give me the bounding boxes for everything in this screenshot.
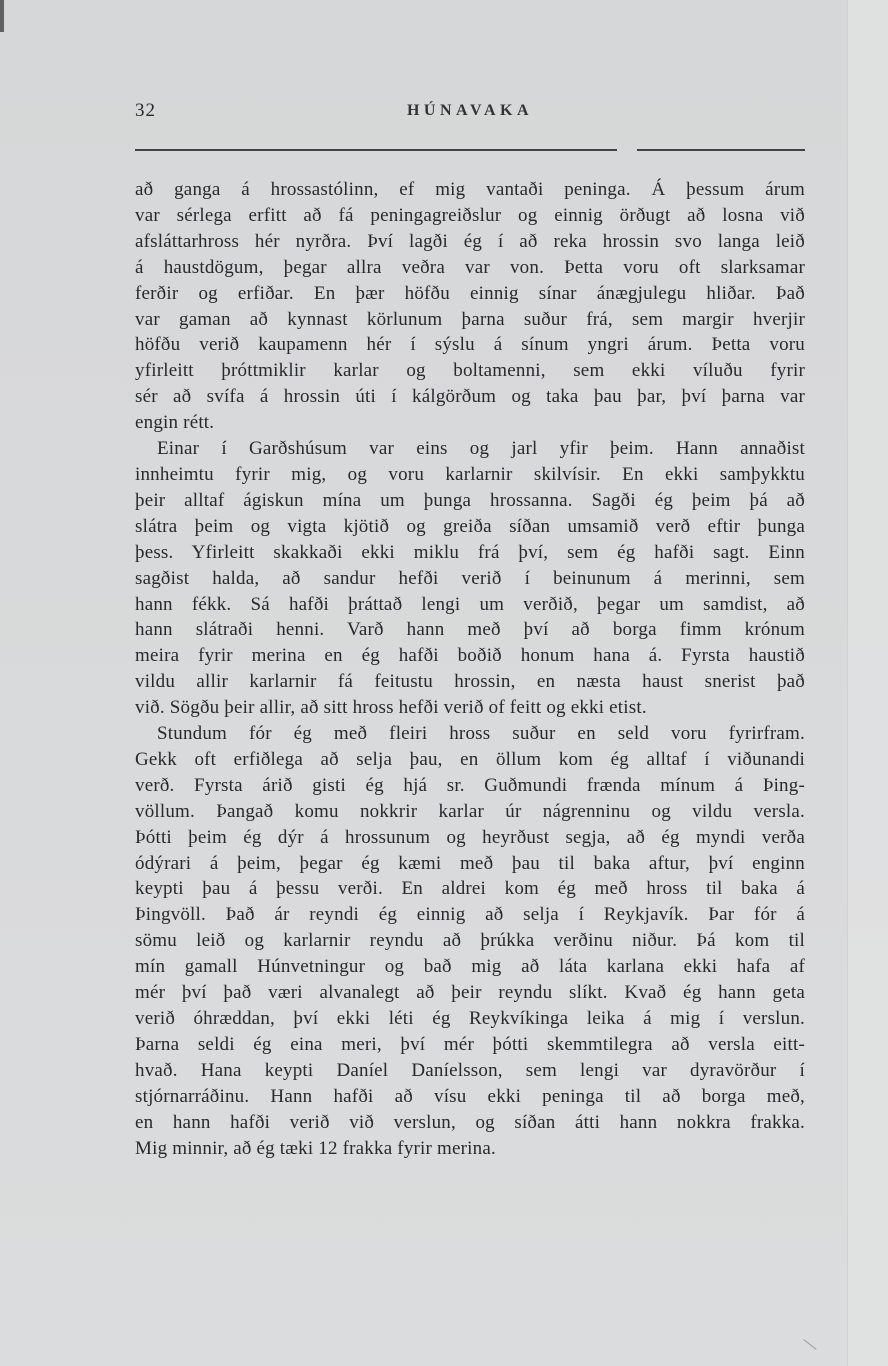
text-line: en hann hafði verið við verslun, og síða… — [135, 1110, 805, 1136]
text-line: sömu leið og karlarnir reyndu að þrúkka … — [135, 928, 805, 954]
text-line: við. Sögðu þeir allir, að sitt hross hef… — [135, 695, 805, 721]
book-page: 32 HÚNAVAKA að ganga á hrossastólinn, ef… — [0, 0, 888, 1366]
text-line: afsláttarhross hér nyrðra. Því lagði ég … — [135, 229, 805, 255]
header-rule-right-segment — [637, 149, 805, 151]
text-line: ferðir og erfiðar. En þær höfðu einnig s… — [135, 281, 805, 307]
text-line: keypti þau á þessu verði. En aldrei kom … — [135, 876, 805, 902]
paper-edge — [847, 0, 888, 1366]
text-line: höfðu verið kaupamenn hér í sýslu á sínu… — [135, 332, 805, 358]
text-line: að ganga á hrossastólinn, ef mig vantaði… — [135, 177, 805, 203]
scan-artifact-topleft — [0, 0, 4, 32]
body-text: að ganga á hrossastólinn, ef mig vantaði… — [135, 177, 805, 1161]
text-line: var sérlega erfitt að fá peningagreiðslu… — [135, 203, 805, 229]
text-line: Einar í Garðshúsum var eins og jarl yfir… — [135, 436, 805, 462]
text-line: verið óhræddan, því ekki léti ég Reykvík… — [135, 1006, 805, 1032]
text-line: mér því það væri alvanalegt að þeir reyn… — [135, 980, 805, 1006]
text-line: meira fyrir merina en ég hafði boðið hon… — [135, 643, 805, 669]
text-line: hann slátraði henni. Varð hann með því a… — [135, 617, 805, 643]
text-line: ódýrari á þeim, þegar ég kæmi með þau ti… — [135, 851, 805, 877]
paragraph: Einar í Garðshúsum var eins og jarl yfir… — [135, 436, 805, 721]
text-line: þess. Yfirleitt skakkaði ekki miklu frá … — [135, 540, 805, 566]
text-line: Þingvöll. Það ár reyndi ég einnig að sel… — [135, 902, 805, 928]
text-line: hvað. Hana keypti Daníel Daníelsson, sem… — [135, 1058, 805, 1084]
text-line: sér að svífa á hrossin úti í kálgörðum o… — [135, 384, 805, 410]
text-line: yfirleitt þróttmiklir karlar og boltamen… — [135, 358, 805, 384]
text-line: hann fékk. Sá hafði þráttað lengi um ver… — [135, 592, 805, 618]
text-line: á haustdögum, þegar allra veðra var von.… — [135, 255, 805, 281]
text-line: Þótti þeim ég dýr á hrossunum og heyrðus… — [135, 825, 805, 851]
text-line: sagðist halda, að sandur hefði verið í b… — [135, 566, 805, 592]
text-line: Stundum fór ég með fleiri hross suður en… — [135, 721, 805, 747]
page-header: 32 HÚNAVAKA — [135, 100, 805, 124]
text-line: Þarna seldi ég eina meri, því mér þótti … — [135, 1032, 805, 1058]
text-line: stjórnarráðinu. Hann hafði að vísu ekki … — [135, 1084, 805, 1110]
header-rule-gap — [617, 149, 637, 151]
text-line: verð. Fyrsta árið gisti ég hjá sr. Guðmu… — [135, 773, 805, 799]
text-line: mín gamall Húnvetningur og bað mig að lá… — [135, 954, 805, 980]
text-line: þeir alltaf ágiskun mína um þunga hrossa… — [135, 488, 805, 514]
paragraph: Stundum fór ég með fleiri hross suður en… — [135, 721, 805, 1161]
text-line: Mig minnir, að ég tæki 12 frakka fyrir m… — [135, 1136, 805, 1162]
text-line: innheimtu fyrir mig, og voru karlarnir s… — [135, 462, 805, 488]
text-line: engin rétt. — [135, 410, 805, 436]
text-line: Gekk oft erfiðlega að selja þau, en öllu… — [135, 747, 805, 773]
paragraph: að ganga á hrossastólinn, ef mig vantaði… — [135, 177, 805, 436]
text-line: var gaman að kynnast körlunum þarna suðu… — [135, 307, 805, 333]
scan-artifact-bottomright — [803, 1339, 816, 1350]
text-line: vildu allir karlarnir fá feitustu hrossi… — [135, 669, 805, 695]
header-rule-left-segment — [135, 149, 617, 151]
header-rule — [135, 149, 805, 151]
text-line: völlum. Þangað komu nokkrir karlar úr ná… — [135, 799, 805, 825]
text-line: slátra þeim og vigta kjötið og greiða sí… — [135, 514, 805, 540]
journal-title: HÚNAVAKA — [135, 102, 805, 120]
